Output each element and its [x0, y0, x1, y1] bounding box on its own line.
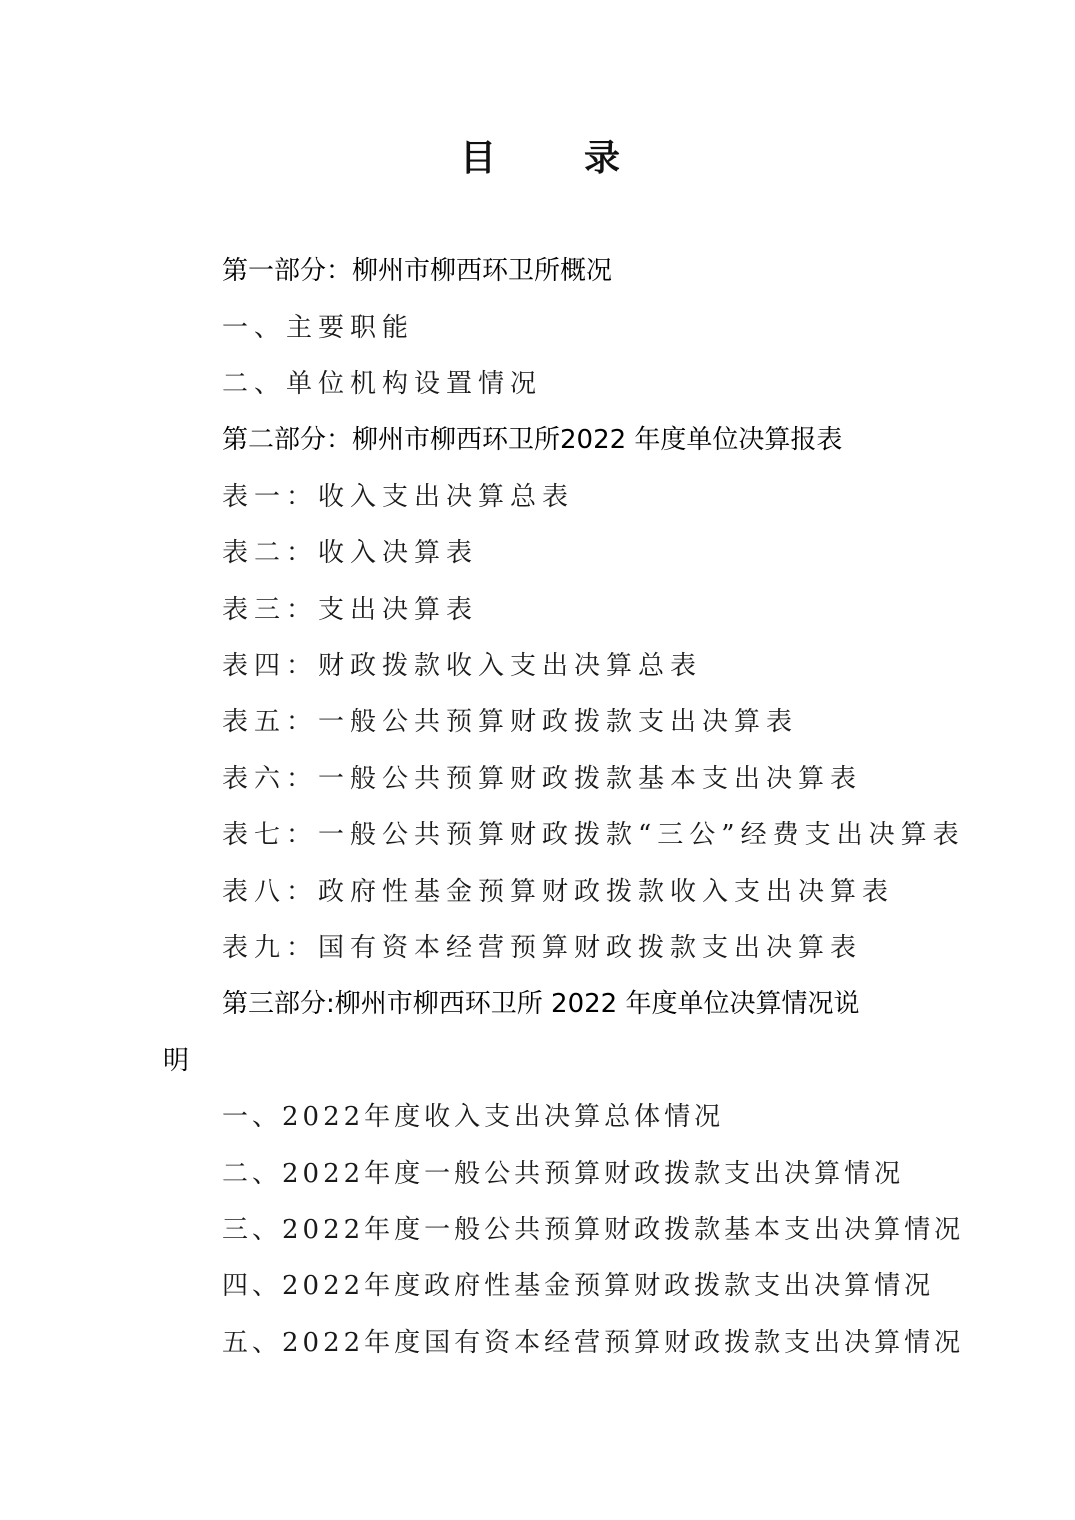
- title-char-2: 录: [584, 134, 620, 184]
- toc-item: 表一：收入支出决算总表: [222, 480, 574, 514]
- toc-item: 五、2022年度国有资本经营预算财政拨款支出决算情况: [222, 1326, 964, 1360]
- toc-item: 表二：收入决算表: [222, 536, 478, 570]
- toc-part-2-heading: 第二部分：柳州市柳西环卫所2022 年度单位决算报表: [222, 423, 842, 457]
- toc-item: 三、2022年度一般公共预算财政拨款基本支出决算情况: [222, 1213, 964, 1247]
- toc-item: 四、2022年度政府性基金预算财政拨款支出决算情况: [222, 1269, 934, 1303]
- document-page: 目录 第一部分：柳州市柳西环卫所概况 一、主要职能 二、单位机构设置情况 第二部…: [0, 0, 1075, 1520]
- toc-item: 表三：支出决算表: [222, 593, 478, 627]
- toc-item: 表五：一般公共预算财政拨款支出决算表: [222, 705, 798, 739]
- toc-item: 一、2022年度收入支出决算总体情况: [222, 1100, 724, 1134]
- toc-item: 一、主要职能: [222, 311, 414, 345]
- toc-item: 二、2022年度一般公共预算财政拨款支出决算情况: [222, 1157, 904, 1191]
- toc-item: 二、单位机构设置情况: [222, 367, 542, 401]
- toc-item: 表九：国有资本经营预算财政拨款支出决算表: [222, 931, 862, 965]
- toc-item: 表八：政府性基金预算财政拨款收入支出决算表: [222, 875, 894, 909]
- title-char-1: 目: [460, 134, 496, 184]
- toc-part-1-heading: 第一部分：柳州市柳西环卫所概况: [222, 254, 612, 288]
- toc-item: 表六：一般公共预算财政拨款基本支出决算表: [222, 762, 862, 796]
- toc-part-3-heading-wrap: 明: [163, 1044, 189, 1078]
- page-title: 目录: [0, 134, 1075, 184]
- toc-part-3-heading: 第三部分:柳州市柳西环卫所 2022 年度单位决算情况说: [222, 987, 859, 1021]
- toc-item: 表四：财政拨款收入支出决算总表: [222, 649, 702, 683]
- toc-item: 表七：一般公共预算财政拨款“三公”经费支出决算表: [222, 818, 965, 852]
